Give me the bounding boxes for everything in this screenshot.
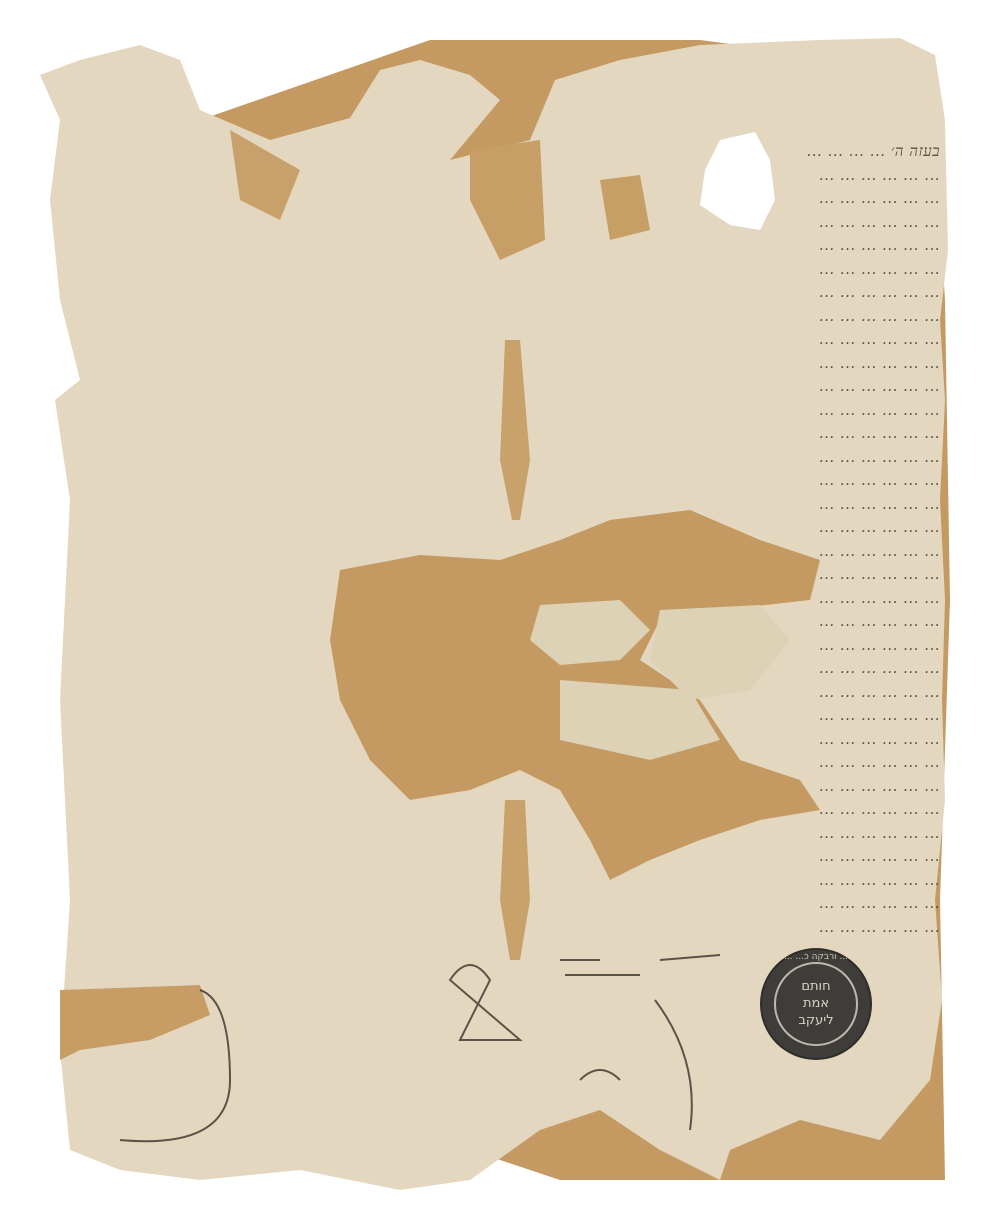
seal-line-1: חותם [780, 978, 852, 995]
seal-line-3: ליעקב [780, 1012, 852, 1029]
text-line: ... ... ... ... ... ... [60, 563, 940, 587]
text-line: ... ... ... ... ... ... [60, 892, 940, 916]
text-line: ... ... ... ... ... ... [60, 657, 940, 681]
text-line: ... ... ... ... ... ... [60, 446, 940, 470]
seal-outer-text: ... ורבקה כ... ... [762, 952, 870, 962]
text-line: ... ... ... ... ... ... [60, 352, 940, 376]
text-line: ... ... ... ... ... ... [60, 798, 940, 822]
manuscript-text: בעזה ה׳ ... ... ... ... ... ... ... ... … [60, 140, 940, 939]
text-line: ... ... ... ... ... ... [60, 305, 940, 329]
text-line: ... ... ... ... ... ... [60, 399, 940, 423]
text-line: ... ... ... ... ... ... [60, 258, 940, 282]
seal-line-2: אמת [780, 995, 852, 1012]
text-line: ... ... ... ... ... ... [60, 375, 940, 399]
text-line: ... ... ... ... ... ... [60, 516, 940, 540]
text-line: ... ... ... ... ... ... [60, 822, 940, 846]
text-line: ... ... ... ... ... ... [60, 728, 940, 752]
text-line: ... ... ... ... ... ... [60, 187, 940, 211]
text-line: ... ... ... ... ... ... [60, 328, 940, 352]
text-line: ... ... ... ... ... ... [60, 610, 940, 634]
manuscript-image: בעזה ה׳ ... ... ... ... ... ... ... ... … [0, 0, 1000, 1230]
text-line: ... ... ... ... ... ... [60, 775, 940, 799]
seal-center-text: חותם אמת ליעקב [780, 978, 852, 1029]
text-line: ... ... ... ... ... ... [60, 422, 940, 446]
ink-seal-stamp: ... ורבקה כ... ... חותם אמת ליעקב [762, 950, 870, 1058]
text-line: ... ... ... ... ... ... [60, 211, 940, 235]
text-line: ... ... ... ... ... ... [60, 704, 940, 728]
text-line: ... ... ... ... ... ... [60, 634, 940, 658]
text-line: ... ... ... ... ... ... [60, 234, 940, 258]
text-line: ... ... ... ... ... ... [60, 469, 940, 493]
text-line: ... ... ... ... ... ... [60, 681, 940, 705]
text-line: ... ... ... ... ... ... [60, 493, 940, 517]
text-line: ... ... ... ... ... ... [60, 540, 940, 564]
text-line: ... ... ... ... ... ... [60, 845, 940, 869]
text-line: בעזה ה׳ ... ... ... ... [60, 140, 940, 164]
text-line: ... ... ... ... ... ... [60, 869, 940, 893]
text-line: ... ... ... ... ... ... [60, 751, 940, 775]
text-line: ... ... ... ... ... ... [60, 587, 940, 611]
text-line: ... ... ... ... ... ... [60, 281, 940, 305]
text-line: ... ... ... ... ... ... [60, 164, 940, 188]
text-line: ... ... ... ... ... ... [60, 916, 940, 940]
